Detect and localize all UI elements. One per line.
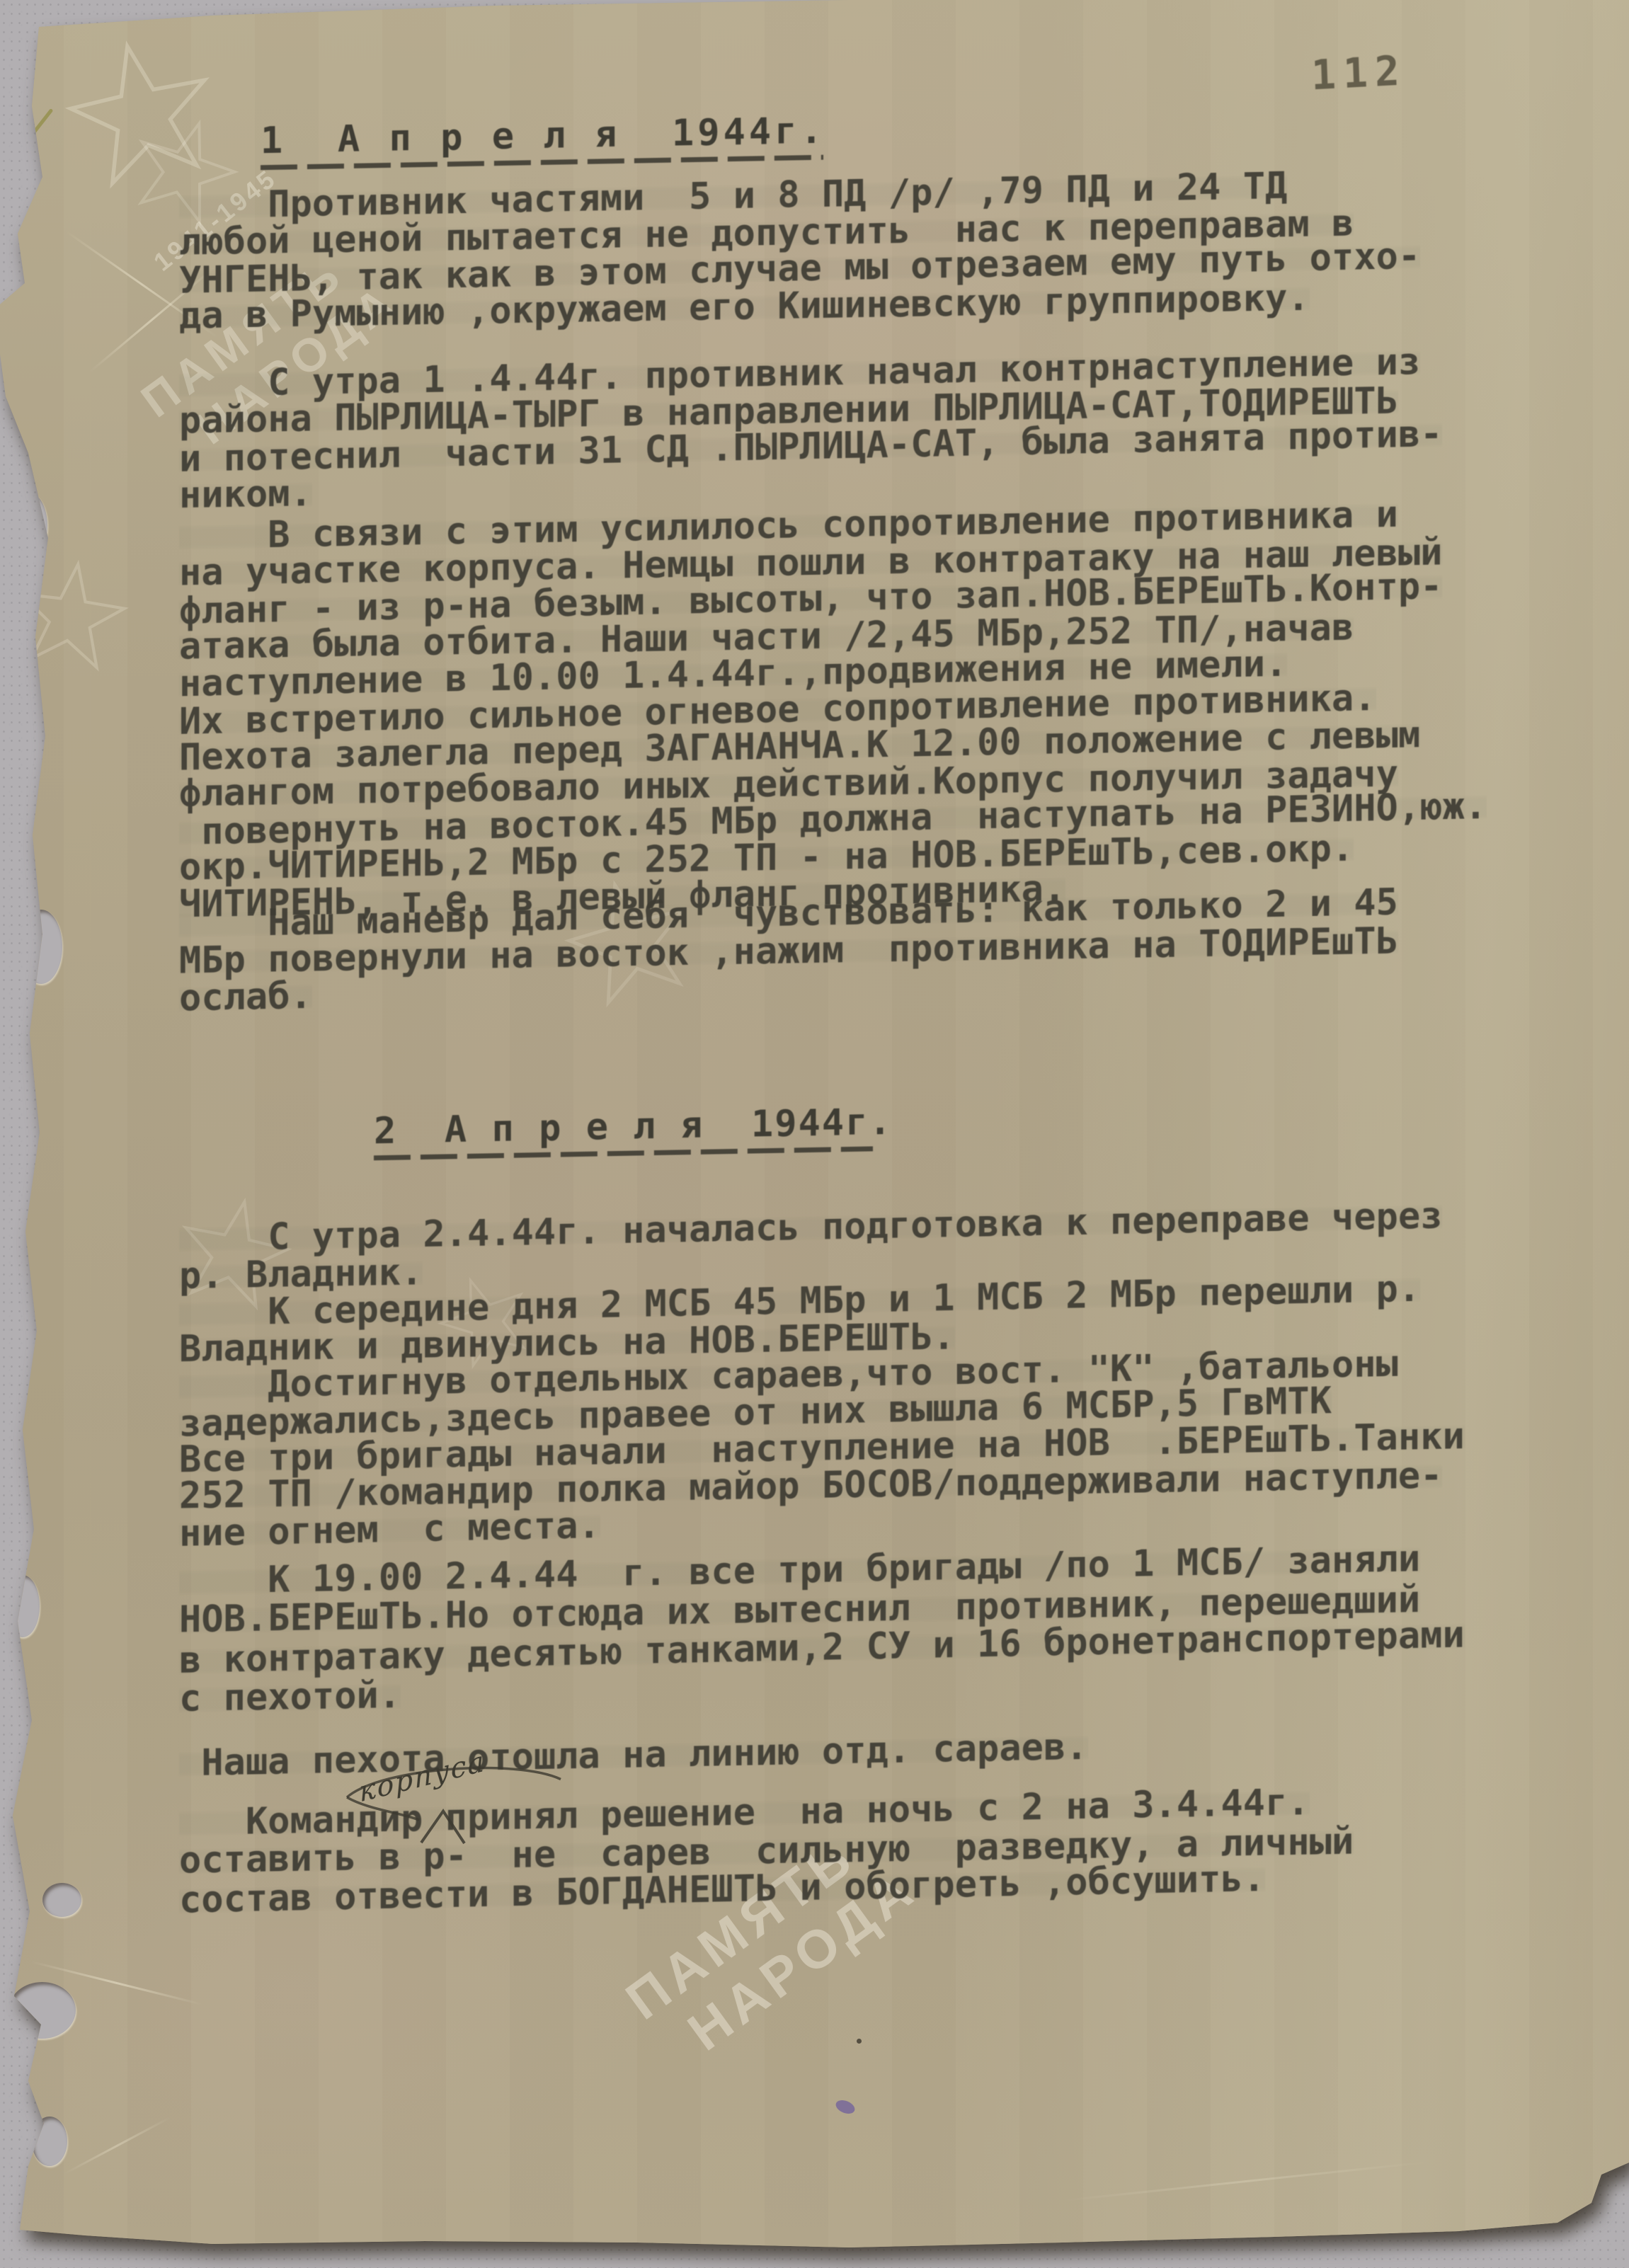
paragraph-5: С утра 2.4.44г. началась подготовка к пе…	[179, 1197, 1465, 1552]
scanned-document-page: { "page": { "number": "112" }, "colors":…	[0, 0, 1629, 2268]
paragraph-4: Наш маневр дал себя чувствовать: как тол…	[179, 884, 1398, 1017]
paper-sheet: 1941-1945 ПАМЯТЬНАРОДА ПАМЯТЬНАРОДА 112 …	[0, 0, 1629, 2268]
paragraph-1: Противник частями 5 и 8 ПД /р/ ,79 ПД и …	[179, 165, 1420, 335]
typed-text-layer: 112 1 А п р е л я 1944г. Противник частя…	[0, 0, 1629, 2268]
paragraph-3: В связи с этим усилилось сопротивление п…	[179, 495, 1487, 924]
paragraph-6: К 19.00 2.4.44 г. все три бригады /по 1 …	[179, 1539, 1465, 1718]
text-line: с пехотой.	[179, 1676, 401, 1719]
page-number: 112	[1310, 46, 1407, 99]
text-line: ослаб.	[179, 978, 312, 1017]
paragraph-2: С утра 1 .4.44г. противник начал контрна…	[179, 343, 1442, 514]
section-2-heading: 2 А п р е л я 1944г.	[374, 1101, 893, 1152]
paper-shadow: 1941-1945 ПАМЯТЬНАРОДА ПАМЯТЬНАРОДА 112 …	[0, 0, 1629, 2268]
section-1-heading: 1 А п р е л я 1944г.	[261, 110, 826, 163]
text-line: ником.	[179, 475, 312, 514]
text-line: ние огнем с места.	[179, 1507, 600, 1552]
text-line: С утра 2.4.44г. началась подготовка к пе…	[179, 1198, 1442, 1258]
caret-insertion-mark	[304, 1749, 588, 1853]
